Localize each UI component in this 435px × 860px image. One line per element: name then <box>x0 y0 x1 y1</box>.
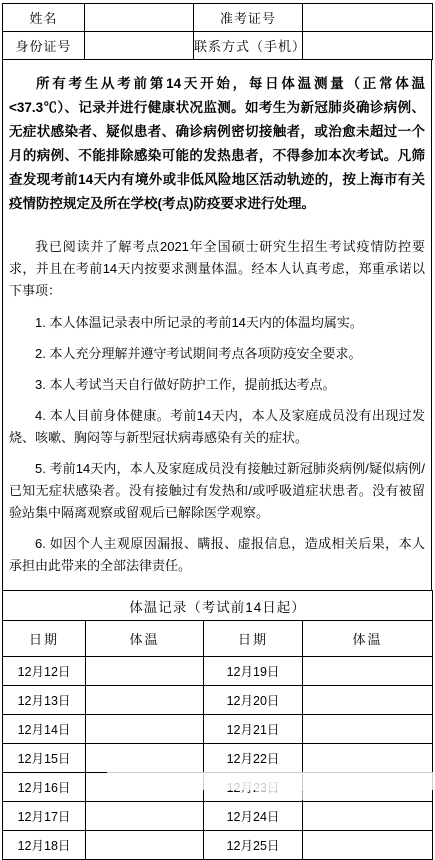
temp-value-cell[interactable] <box>303 715 433 744</box>
date-cell: 12月16日 <box>3 773 86 802</box>
name-value-cell[interactable] <box>85 4 194 32</box>
phone-value-cell[interactable] <box>303 32 433 60</box>
date-cell: 12月20日 <box>204 686 303 715</box>
pledge-item-2: 2. 本人充分理解并遵守考试期间考点各项防疫安全要求。 <box>9 343 425 365</box>
temperature-row: 12月14日 12月21日 <box>3 715 433 744</box>
pledge-item-3: 3. 本人考试当天自行做好防护工作，提前抵达考点。 <box>9 374 425 396</box>
temperature-row: 12月16日 12月23日 <box>3 773 433 802</box>
admission-no-value-cell[interactable] <box>303 4 433 32</box>
col-header-date-left: 日期 <box>3 621 86 657</box>
temperature-row: 12月13日 12月20日 <box>3 686 433 715</box>
temp-value-cell[interactable] <box>86 686 204 715</box>
pledge-item-1: 1. 本人体温记录表中所记录的考前14天内的体温均属实。 <box>9 312 425 334</box>
candidate-info-table: 姓名 准考证号 身份证号 联系方式（手机） <box>2 3 433 60</box>
temperature-table-title: 体温记录（考试前14日起） <box>3 591 433 621</box>
pledge-item-5: 5. 考前14天内，本人及家庭成员没有接触过新冠肺炎病例/疑似病例/已知无症状感… <box>9 458 425 524</box>
temp-value-cell[interactable] <box>303 744 433 773</box>
date-cell: 12月24日 <box>204 802 303 831</box>
epidemic-notice-paragraph: 所有考生从考前第14天开始，每日体温测量（正常体温<37.3℃）、记录并进行健康… <box>9 72 425 216</box>
temp-value-cell[interactable] <box>86 773 204 802</box>
date-cell: 12月14日 <box>3 715 86 744</box>
temp-value-cell[interactable] <box>86 657 204 686</box>
temperature-row: 12月12日 12月19日 <box>3 657 433 686</box>
col-header-temp-right: 体温 <box>303 621 433 657</box>
date-cell: 12月25日 <box>204 831 303 860</box>
date-cell: 12月18日 <box>3 831 86 860</box>
info-row-2: 身份证号 联系方式（手机） <box>3 32 433 60</box>
temp-value-cell[interactable] <box>303 831 433 860</box>
temperature-row: 12月15日 12月22日 <box>3 744 433 773</box>
date-cell: 12月12日 <box>3 657 86 686</box>
temperature-table-title-row: 体温记录（考试前14日起） <box>3 591 433 621</box>
date-cell: 12月15日 <box>3 744 86 773</box>
temp-value-cell[interactable] <box>303 686 433 715</box>
temp-value-cell[interactable] <box>303 657 433 686</box>
temperature-row: 12月18日 12月25日 <box>3 831 433 860</box>
temperature-table-header-row: 日期 体温 日期 体温 <box>3 621 433 657</box>
date-cell: 12月21日 <box>204 715 303 744</box>
col-header-temp-left: 体温 <box>86 621 204 657</box>
temp-value-cell[interactable] <box>303 802 433 831</box>
id-no-label: 身份证号 <box>3 32 85 60</box>
temp-value-cell[interactable] <box>86 802 204 831</box>
temperature-row: 12月17日 12月24日 <box>3 802 433 831</box>
notice-section: 所有考生从考前第14天开始，每日体温测量（正常体温<37.3℃）、记录并进行健康… <box>2 60 432 590</box>
date-cell: 12月23日 <box>204 773 303 802</box>
date-cell: 12月22日 <box>204 744 303 773</box>
id-no-value-cell[interactable] <box>85 32 194 60</box>
temperature-table: 体温记录（考试前14日起） 日期 体温 日期 体温 12月12日 12月19日 … <box>2 590 433 860</box>
pledge-item-4: 4. 本人目前身体健康。考前14天内，本人及家庭成员没有出现过发烧、咳嗽、胸闷等… <box>9 405 425 449</box>
date-cell: 12月19日 <box>204 657 303 686</box>
pledge-intro-paragraph: 我已阅读并了解考点2021年全国硕士研究生招生考试疫情防控要求，并且在考前14天… <box>9 236 425 302</box>
col-header-date-right: 日期 <box>204 621 303 657</box>
name-label: 姓名 <box>3 4 85 32</box>
temp-value-cell[interactable] <box>86 831 204 860</box>
temp-value-cell[interactable] <box>86 715 204 744</box>
pledge-item-6: 6. 如因个人主观原因漏报、瞒报、虚报信息，造成相关后果，本人承担由此带来的全部… <box>9 533 425 577</box>
temp-value-cell[interactable] <box>86 744 204 773</box>
health-commitment-form: 姓名 准考证号 身份证号 联系方式（手机） 所有考生从考前第14天开始，每日体温… <box>2 3 433 860</box>
info-row-1: 姓名 准考证号 <box>3 4 433 32</box>
phone-label: 联系方式（手机） <box>194 32 303 60</box>
date-cell: 12月13日 <box>3 686 86 715</box>
admission-no-label: 准考证号 <box>194 4 303 32</box>
date-cell: 12月17日 <box>3 802 86 831</box>
temp-value-cell[interactable] <box>303 773 433 802</box>
